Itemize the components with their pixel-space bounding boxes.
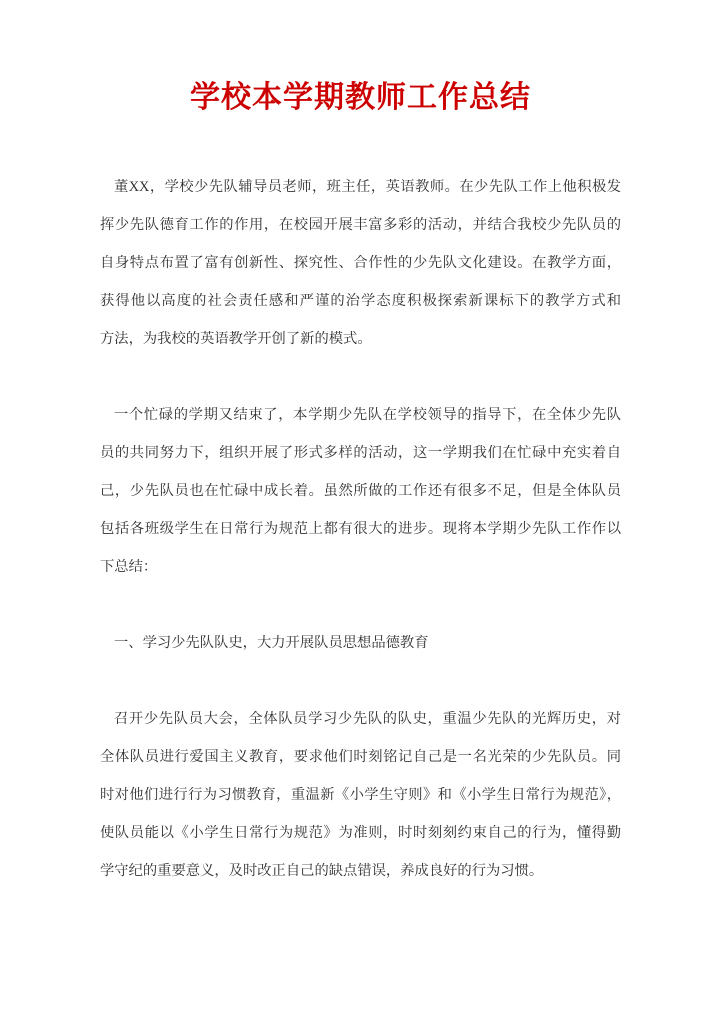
document-page: 学校本学期教师工作总结 董XX，学校少先队辅导员老师，班主任，英语教师。在少先队… <box>0 0 721 1020</box>
text-line: 挥少先队德育工作的作用，在校园开展丰富多彩的活动，并结合我校少先队员的 <box>100 206 621 244</box>
text-line: 下总结： <box>100 548 621 586</box>
text-line: 包括各班级学生在日常行为规范上都有很大的进步。现将本学期少先队工作作以 <box>100 510 621 548</box>
paragraph-2: 一个忙碌的学期又结束了，本学期少先队在学校领导的指导下，在全体少先队 员的共同努… <box>100 396 621 586</box>
section-heading-1: 一、学习少先队队史，大力开展队员思想品德教育 <box>100 624 621 662</box>
text-line: 员的共同努力下，组织开展了形式多样的活动，这一学期我们在忙碌中充实着自 <box>100 434 621 472</box>
paragraph-3: 召开少先队员大会，全体队员学习少先队的队史，重温少先队的光辉历史，对 全体队员进… <box>100 700 621 890</box>
section-heading: 一、学习少先队队史，大力开展队员思想品德教育 <box>100 624 621 662</box>
text-line: 自身特点布置了富有创新性、探究性、合作性的少先队文化建设。在教学方面， <box>100 244 621 282</box>
text-line: 时对他们进行行为习惯教育，重温新《小学生守则》和《小学生日常行为规范》， <box>100 776 621 814</box>
paragraph-1: 董XX，学校少先队辅导员老师，班主任，英语教师。在少先队工作上他积极发 挥少先队… <box>100 168 621 358</box>
text-line: 己，少先队员也在忙碌中成长着。虽然所做的工作还有很多不足，但是全体队员 <box>100 472 621 510</box>
text-line: 董XX，学校少先队辅导员老师，班主任，英语教师。在少先队工作上他积极发 <box>100 168 621 206</box>
text-line: 一个忙碌的学期又结束了，本学期少先队在学校领导的指导下，在全体少先队 <box>100 396 621 434</box>
text-line: 获得他以高度的社会责任感和严谨的治学态度积极探索新课标下的教学方式和 <box>100 282 621 320</box>
text-line: 使队员能以《小学生日常行为规范》为准则，时时刻刻约束自己的行为，懂得勤 <box>100 814 621 852</box>
text-line: 全体队员进行爱国主义教育，要求他们时刻铭记自己是一名光荣的少先队员。同 <box>100 738 621 776</box>
text-line: 学守纪的重要意义，及时改正自己的缺点错误，养成良好的行为习惯。 <box>100 852 621 890</box>
text-line: 召开少先队员大会，全体队员学习少先队的队史，重温少先队的光辉历史，对 <box>100 700 621 738</box>
document-title: 学校本学期教师工作总结 <box>100 78 621 118</box>
text-line: 方法，为我校的英语教学开创了新的模式。 <box>100 320 621 358</box>
